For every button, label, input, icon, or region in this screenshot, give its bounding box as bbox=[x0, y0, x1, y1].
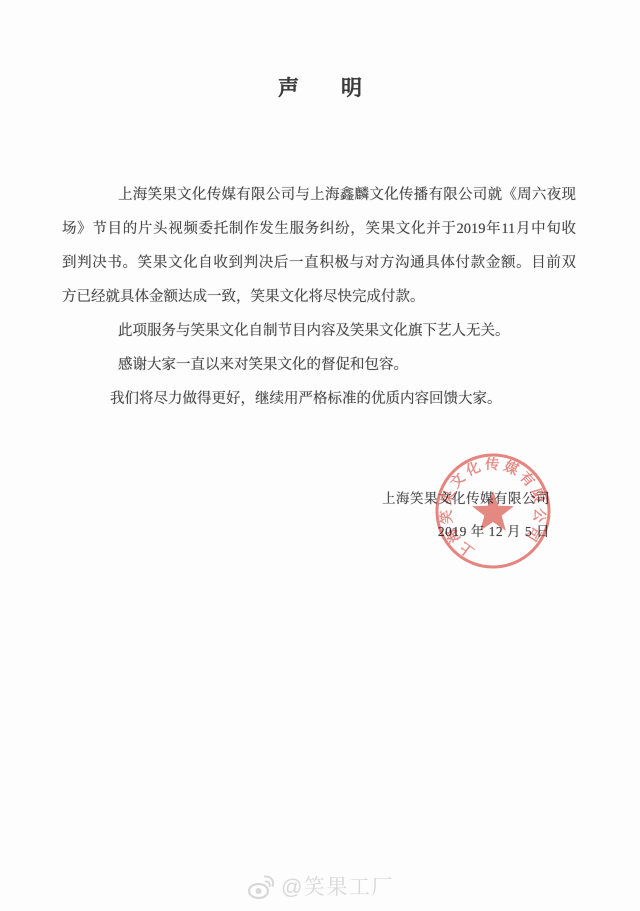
document-title: 声 明 bbox=[0, 72, 640, 102]
statement-line: 到判决书。笑果文化自收到判决后一直积极与对方沟通具体付款金额。目前双 bbox=[62, 246, 576, 280]
statement-line: 上海笑果文化传媒有限公司与上海鑫麟文化传播有限公司就《周六夜现 bbox=[62, 178, 576, 212]
company-seal-stamp: 上海笑果文化传媒有限公司 bbox=[428, 446, 558, 576]
watermark-handle: @笑果工厂 bbox=[281, 871, 394, 901]
watermark: @笑果工厂 bbox=[0, 871, 640, 901]
statement-document: 声 明 上海笑果文化传媒有限公司与上海鑫麟文化传播有限公司就《周六夜现 场》节目… bbox=[0, 0, 640, 911]
seal-star-icon bbox=[472, 491, 514, 531]
statement-line: 我们将尽力做得更好，继续用严格标准的优质内容回馈大家。 bbox=[62, 382, 576, 416]
statement-line: 此项服务与笑果文化自制节目内容及笑果文化旗下艺人无关。 bbox=[62, 314, 576, 348]
statement-line: 感谢大家一直以来对笑果文化的督促和包容。 bbox=[62, 348, 576, 382]
statement-line: 方已经就具体金额达成一致，笑果文化将尽快完成付款。 bbox=[62, 280, 576, 314]
statement-body: 上海笑果文化传媒有限公司与上海鑫麟文化传播有限公司就《周六夜现 场》节目的片头视… bbox=[62, 178, 576, 416]
weibo-icon bbox=[246, 873, 276, 900]
statement-line: 场》节目的片头视频委托制作发生服务纠纷，笑果文化并于2019年11月中旬收 bbox=[62, 212, 576, 246]
